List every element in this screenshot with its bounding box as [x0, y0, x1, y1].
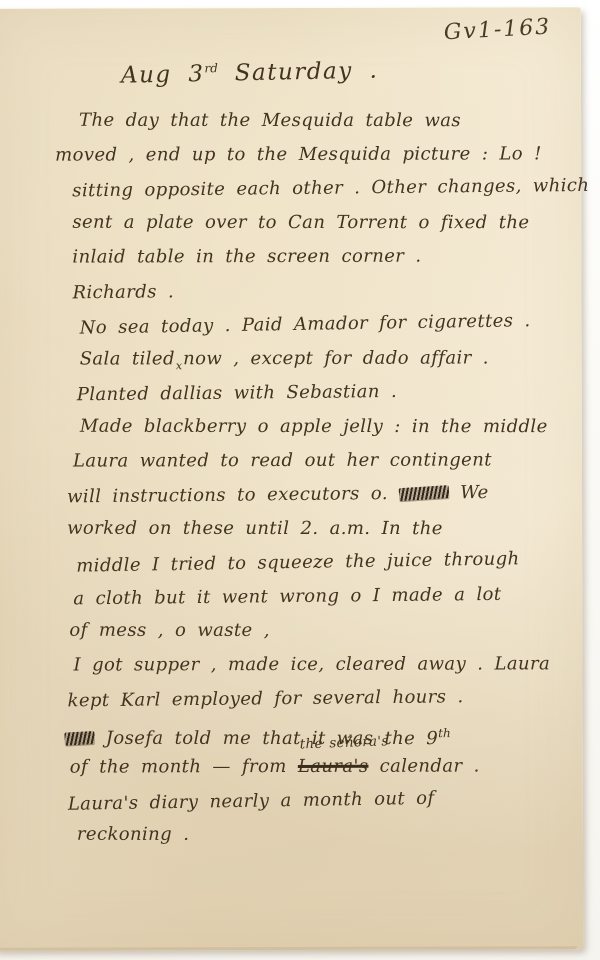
handwritten-text: Made blackberry o apple jelly : in the m… [80, 416, 548, 437]
handwritten-text: Aug 3 [121, 61, 205, 89]
manuscript-line: worked on these until 2. a.m. In the [54, 512, 540, 546]
handwritten-text: I got supper , made ice, cleared away . … [73, 653, 550, 675]
insertion-caret: x [176, 359, 182, 372]
inserted-word: the señora's [299, 724, 389, 761]
correction: the señora'sLaura's [298, 750, 369, 784]
handwritten-text: calendar . [368, 755, 479, 776]
handwritten-text: worked on these until 2. a.m. In the [67, 518, 443, 539]
paper-sheet: Gv1-163 Aug 3rd Saturday . The day that … [0, 7, 583, 951]
manuscript-line: kept Karl employed for several hours . [54, 679, 540, 718]
superscript-text: th [438, 726, 451, 740]
handwritten-text: a cloth but it went wrong o I made a lot [73, 584, 501, 609]
handwritten-text: sitting opposite each other . Other chan… [72, 175, 589, 201]
manuscript-body: The day that the Mesquida table wasmoved… [53, 103, 541, 852]
handwritten-text: Planted dallias with Sebastian . [77, 381, 397, 405]
manuscript-line: Planted dallias with Sebastian . [54, 373, 540, 412]
handwritten-text: middle I tried to squeeze the juice thro… [76, 548, 520, 576]
manuscript-line: a cloth but it went wrong o I made a lot [54, 577, 540, 616]
handwritten-text: reckoning . [77, 824, 189, 845]
handwritten-text: Laura wanted to read out her contingent [73, 449, 492, 471]
manuscript-line: No sea today . Paid Amador for cigarette… [53, 304, 539, 346]
manuscript-line: reckoning . [55, 818, 541, 852]
handwritten-text: No sea today . Paid Amador for cigarette… [79, 310, 530, 338]
manuscript-line: of the month — from the señora'sLaura's … [55, 749, 541, 784]
handwritten-text: sent a plate over to Can Torrent o fixed… [72, 212, 529, 233]
handwritten-text: moved , end up to the Mesquida picture :… [55, 143, 542, 165]
date-heading: Aug 3rd Saturday . [121, 58, 379, 89]
manuscript-line: of mess , o waste , [54, 614, 540, 648]
manuscript-line: inlaid table in the screen corner . [53, 239, 539, 274]
manuscript-line: Sala tiledxnow , except for dado affair … [54, 341, 540, 376]
manuscript-line: sent a plate over to Can Torrent o fixed… [53, 206, 539, 240]
handwritten-text: Saturday . [218, 58, 379, 87]
catalog-number: Gv1-163 [443, 15, 552, 46]
handwritten-text: of the month — from [70, 756, 298, 778]
handwritten-text: now , except for dado affair . [183, 347, 489, 369]
handwritten-text: of mess , o waste , [69, 620, 269, 641]
handwritten-text: Sala tiled [80, 348, 175, 369]
handwritten-text: will instructions to executors o. [67, 483, 399, 507]
handwritten-text: We [449, 482, 489, 503]
manuscript-line: Josefa told me that it was the 9th [55, 716, 541, 750]
scribble-strikeout [64, 731, 95, 746]
manuscript-line: Made blackberry o apple jelly : in the m… [54, 410, 540, 444]
handwritten-text: kept Karl employed for several hours . [67, 686, 463, 711]
superscript-text: rd [204, 61, 218, 75]
manuscript-line: Laura wanted to read out her contingent [54, 443, 540, 478]
scribble-strikeout [399, 485, 450, 501]
manuscript-line: The day that the Mesquida table was [53, 104, 539, 138]
handwritten-text: inlaid table in the screen corner . [72, 246, 421, 268]
handwritten-text: Richards . [72, 281, 174, 303]
handwritten-text: Laura's diary nearly a month out of [68, 788, 435, 815]
manuscript-line: sitting opposite each other . Other chan… [53, 169, 539, 208]
manuscript-line: will instructions to executors o. We [54, 475, 540, 514]
handwritten-text: The day that the Mesquida table was [79, 110, 461, 131]
manuscript-line: moved , end up to the Mesquida picture :… [53, 137, 539, 172]
manuscript-line: I got supper , made ice, cleared away . … [54, 647, 540, 682]
manuscript-line: Laura's diary nearly a month out of [55, 780, 541, 822]
